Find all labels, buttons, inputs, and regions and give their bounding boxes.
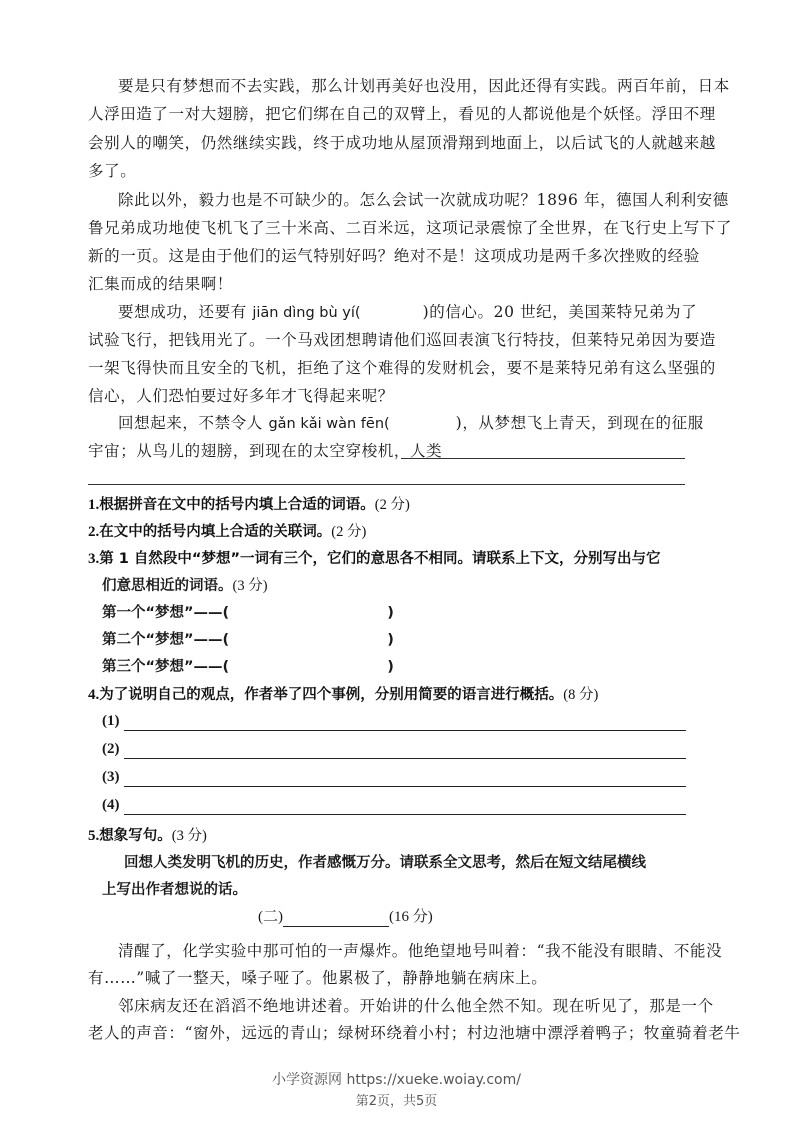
passage-line: 邻床病友还在滔滔不绝地讲述着。开始讲的什么他全然不知。现在听见了，那是一个 (118, 996, 718, 1016)
section-score: (16 分) (389, 909, 433, 925)
dream-answer-1: 第一个“梦想”——() (102, 603, 394, 623)
passage-line: 要是只有梦想而不去实践，那么计划再美好也没用，因此还得有实践。两百年前，日本 (118, 76, 718, 96)
question-1: 1.根据拼音在文中的括号内填上合适的词语。(2 分) (88, 495, 410, 515)
title-blank[interactable] (283, 910, 389, 927)
answer-line[interactable] (124, 814, 686, 815)
passage-line-with-pinyin: 回想起来，不禁令人 gǎn kǎi wàn fēn()，从梦想飞上青天，到现在的… (118, 413, 718, 434)
dream-answer-3: 第三个“梦想”——() (102, 657, 394, 677)
question-3: 3.第 1 自然段中“梦想”一词有三个，它们的意思各不相同。请联系上下文，分别写… (88, 549, 661, 569)
example-answer-row[interactable]: (4) (102, 797, 686, 817)
line-text: 要想成功，还要有 (118, 303, 252, 321)
passage-line: 鲁兄弟成功地使飞机飞了三十米高、二百米远，这项记录震惊了全世界，在飞行史上写下了 (88, 218, 688, 238)
passage-line: 清醒了，化学实验中那可怕的一声爆炸。他绝望地号叫着：“我不能没有眼睛、不能没 (118, 941, 718, 961)
line-text: )，从梦想飞上青天，到现在的征服 (456, 414, 704, 432)
pinyin-prompt: jiān dìng bù yí( (252, 305, 360, 321)
section-two-heading: (二)(16 分) (258, 907, 433, 927)
answer-line[interactable] (124, 758, 686, 759)
question-score: (2 分) (331, 524, 366, 540)
example-answer-row[interactable]: (1) (102, 713, 686, 733)
question-score: (3 分) (233, 578, 268, 594)
passage-line: 汇集而成的结果啊！ (88, 274, 688, 294)
passage-line: 一架飞得快而且安全的飞机，拒绝了这个难得的发财机会，要不是莱特兄弟有这么坚强的 (88, 358, 688, 378)
question-5-description: 回想人类发明飞机的历史，作者感慨万分。请联系全文思考，然后在短文结尾横线 (124, 853, 646, 873)
question-5-description: 上写出作者想说的话。 (102, 880, 247, 900)
section-label: (二) (258, 909, 283, 925)
passage-line: 老人的声音：“窗外，远远的青山；绿树环绕着小村；村边池塘中漂浮着鸭子；牧童骑着老… (88, 1023, 688, 1043)
question-5: 5.想象写句。(3 分) (88, 826, 207, 846)
question-score: (8 分) (563, 687, 598, 703)
passage-line: 试验飞行，把钱用光了。一个马戏团想聘请他们巡回表演飞行特技，但莱特兄弟因为要造 (88, 330, 688, 350)
ending-answer-line[interactable] (401, 458, 685, 459)
question-text: 为了说明自己的观点，作者举了四个事例，分别用简要的语言进行概括。 (99, 687, 563, 703)
question-score: (3 分) (172, 828, 207, 844)
passage-line: 会别人的嘲笑，仍然继续实践，终于成功地从屋顶滑翔到地面上，以后试飞的人就越来越 (88, 133, 688, 153)
passage-line: 除此以外，毅力也是不可缺少的。怎么会试一次就成功呢？1896 年，德国人利利安德 (118, 190, 718, 210)
answer-line[interactable] (124, 786, 686, 787)
line-text: )的信心。20 世纪，美国莱特兄弟为了 (423, 303, 698, 321)
example-answer-row[interactable]: (3) (102, 769, 686, 789)
pinyin-prompt: gǎn kǎi wàn fēn( (268, 416, 389, 432)
question-text: 想象写句。 (99, 828, 172, 844)
question-4: 4.为了说明自己的观点，作者举了四个事例，分别用简要的语言进行概括。(8 分) (88, 685, 598, 705)
passage-line: 有……”喊了一整天，嗓子哑了。他累极了，静静地躺在病床上。 (88, 968, 688, 988)
answer-line[interactable] (124, 730, 686, 731)
question-3-continued: 们意思相近的词语。(3 分) (102, 576, 268, 596)
question-text: 第 1 自然段中“梦想”一词有三个，它们的意思各不相同。请联系上下文，分别写出与… (99, 551, 660, 567)
line-text: 宇宙；从鸟儿的翅膀，到现在的太空穿梭机，人类 (88, 442, 442, 460)
passage-line: 人浮田造了一对大翅膀，把它们绑在自己的双臂上，看见的人都说他是个妖怪。浮田不理 (88, 104, 688, 124)
passage-line-with-pinyin: 要想成功，还要有 jiān dìng bù yí()的信心。20 世纪，美国莱特… (118, 302, 718, 323)
example-answer-row[interactable]: (2) (102, 741, 686, 761)
question-score: (2 分) (375, 497, 410, 513)
passage-line: 多了。 (88, 161, 688, 181)
line-text: 回想起来，不禁令人 (118, 414, 268, 432)
question-text: 在文中的括号内填上合适的关联词。 (99, 524, 331, 540)
ending-answer-line[interactable] (88, 484, 685, 485)
passage-line: 新的一页。这是由于他们的运气特别好吗？绝对不是！这项成功是两千多次挫败的经验 (88, 246, 688, 266)
footer-page-number: 第2页，共5页 (0, 1090, 793, 1109)
footer-site: 小学资源网 https://xueke.woiay.com/ (0, 1069, 793, 1089)
question-text: 根据拼音在文中的括号内填上合适的词语。 (99, 497, 375, 513)
passage-line: 信心，人们恐怕要过好多年才飞得起来呢？ (88, 386, 688, 406)
worksheet-page: 要是只有梦想而不去实践，那么计划再美好也没用，因此还得有实践。两百年前，日本 人… (0, 0, 793, 1122)
question-2: 2.在文中的括号内填上合适的关联词。(2 分) (88, 522, 366, 542)
dream-answer-2: 第二个“梦想”——() (102, 630, 394, 650)
